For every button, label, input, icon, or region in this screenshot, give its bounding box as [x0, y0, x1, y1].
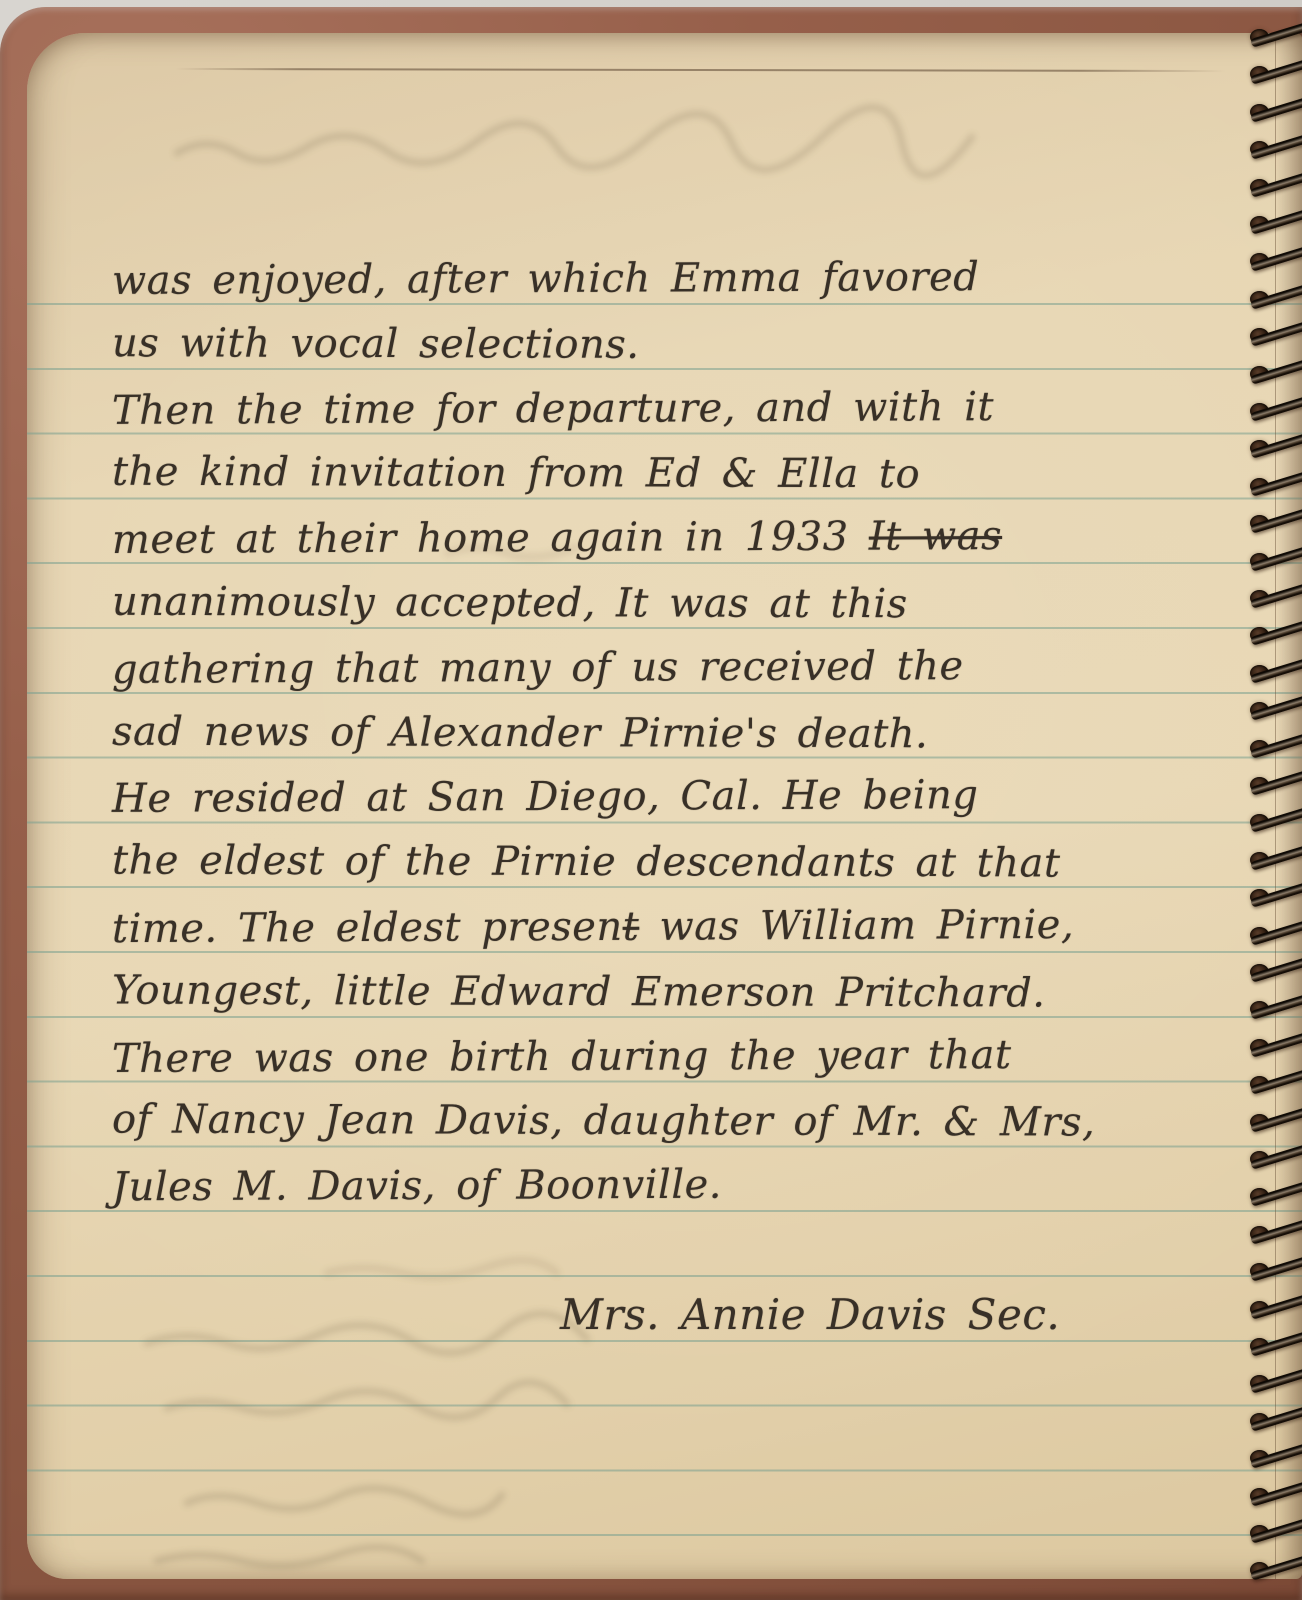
- notebook-scan: was enjoyed, after which Emma favoredus …: [0, 0, 1302, 1600]
- spiral-coil: [1234, 320, 1302, 350]
- handwriting-text: the kind invitation from Ed & Ella to: [112, 449, 920, 498]
- handwriting-text: unanimously accepted, It was at this: [112, 579, 908, 627]
- spiral-coil: [1234, 993, 1302, 1023]
- spiral-coil: [1234, 208, 1302, 238]
- handwriting-text: He resided at San Diego, Cal. He being: [112, 773, 979, 823]
- handwriting-text: Then the time for departure, and with it: [112, 384, 994, 434]
- spiral-coil: [1234, 732, 1302, 762]
- handwriting-line: Jules M. Davis, of Boonville.: [112, 1157, 722, 1216]
- spiral-coil: [1234, 1031, 1302, 1061]
- handwriting-line: time. The eldest present was William Pir…: [112, 897, 1074, 957]
- notebook-page: was enjoyed, after which Emma favoredus …: [27, 33, 1302, 1579]
- spiral-coil: [1234, 1330, 1302, 1360]
- spiral-coil: [1234, 919, 1302, 949]
- handwriting-text: the eldest of the Pirnie descendants at …: [112, 838, 1061, 887]
- spiral-coil: [1234, 96, 1302, 126]
- spiral-coil: [1234, 1293, 1302, 1323]
- spiral-coil: [1234, 432, 1302, 462]
- spiral-coil: [1234, 470, 1302, 500]
- spiral-coil: [1234, 956, 1302, 986]
- spiral-coil: [1234, 582, 1302, 612]
- handwriting-line: unanimously accepted, It was at this: [112, 574, 908, 632]
- spiral-coil: [1234, 1106, 1302, 1136]
- spiral-coil: [1234, 133, 1302, 163]
- handwriting-line: He resided at San Diego, Cal. He being: [112, 768, 979, 828]
- handwriting-line: There was one birth during the year that: [112, 1027, 1012, 1087]
- spiral-coil: [1234, 1442, 1302, 1472]
- spiral-coil: [1234, 395, 1302, 425]
- handwriting-text: Youngest, little Edward Emerson Pritchar…: [112, 967, 1046, 1016]
- handwriting-line: meet at their home again in 1933 It was: [112, 508, 1002, 568]
- spiral-coil: [1234, 171, 1302, 201]
- spiral-coil: [1234, 358, 1302, 388]
- handwriting-text: gathering that many of us received the: [112, 643, 964, 693]
- handwriting-text: There was one birth during the year that: [112, 1032, 1012, 1082]
- handwriting-text: of Nancy Jean Davis, daughter of Mr. & M…: [112, 1097, 1095, 1146]
- spiral-coil: [1234, 806, 1302, 836]
- spiral-coil: [1234, 58, 1302, 88]
- spiral-coil: [1234, 1180, 1302, 1210]
- spiral-coil: [1234, 1367, 1302, 1397]
- spiral-coil: [1234, 545, 1302, 575]
- spiral-coil: [1234, 694, 1302, 724]
- spiral-coil: [1234, 1517, 1302, 1547]
- handwriting-text: us with vocal selections.: [112, 320, 640, 368]
- spiral-coil: [1234, 881, 1302, 911]
- handwriting-line: of Nancy Jean Davis, daughter of Mr. & M…: [112, 1092, 1095, 1151]
- handwriting-line: the kind invitation from Ed & Ella to: [112, 444, 920, 503]
- handwriting-line: us with vocal selections.: [112, 315, 640, 373]
- spiral-binding: [1230, 33, 1302, 1579]
- spiral-coil: [1234, 21, 1302, 51]
- spiral-coil: [1234, 844, 1302, 874]
- spiral-coil: [1234, 1405, 1302, 1435]
- handwriting-text: meet at their home again in 1933: [112, 514, 869, 563]
- handwriting-text: was William Pirnie,: [639, 902, 1074, 950]
- spiral-coil: [1234, 657, 1302, 687]
- handwriting-text: Jules M. Davis, of Boonville.: [112, 1162, 722, 1211]
- handwriting-line: the eldest of the Pirnie descendants at …: [112, 833, 1061, 892]
- handwriting-line: Youngest, little Edward Emerson Pritchar…: [112, 962, 1046, 1021]
- spiral-coil: [1234, 507, 1302, 537]
- spiral-coil: [1234, 619, 1302, 649]
- struck-out-text: t: [623, 904, 640, 950]
- spiral-coil: [1234, 245, 1302, 275]
- struck-out-text: It was: [869, 513, 1002, 560]
- spiral-coil: [1234, 1143, 1302, 1173]
- signature: Mrs. Annie Davis Sec.: [560, 1287, 1060, 1343]
- spiral-coil: [1234, 1480, 1302, 1510]
- spiral-coil: [1234, 283, 1302, 313]
- handwriting-line: Then the time for departure, and with it: [112, 379, 994, 439]
- spiral-coil: [1234, 1255, 1302, 1285]
- spiral-coil: [1234, 1218, 1302, 1248]
- handwriting-block: was enjoyed, after which Emma favoredus …: [27, 33, 1302, 1579]
- spiral-coil: [1234, 1554, 1302, 1584]
- handwriting-line: sad news of Alexander Pirnie's death.: [112, 703, 928, 762]
- handwriting-text: time. The eldest presen: [112, 904, 623, 952]
- spiral-coil: [1234, 769, 1302, 799]
- handwriting-text: was enjoyed, after which Emma favored: [112, 254, 980, 304]
- handwriting-text: sad news of Alexander Pirnie's death.: [112, 708, 928, 757]
- spiral-coil: [1234, 1068, 1302, 1098]
- handwriting-line: was enjoyed, after which Emma favored: [112, 249, 980, 309]
- handwriting-line: gathering that many of us received the: [112, 638, 964, 698]
